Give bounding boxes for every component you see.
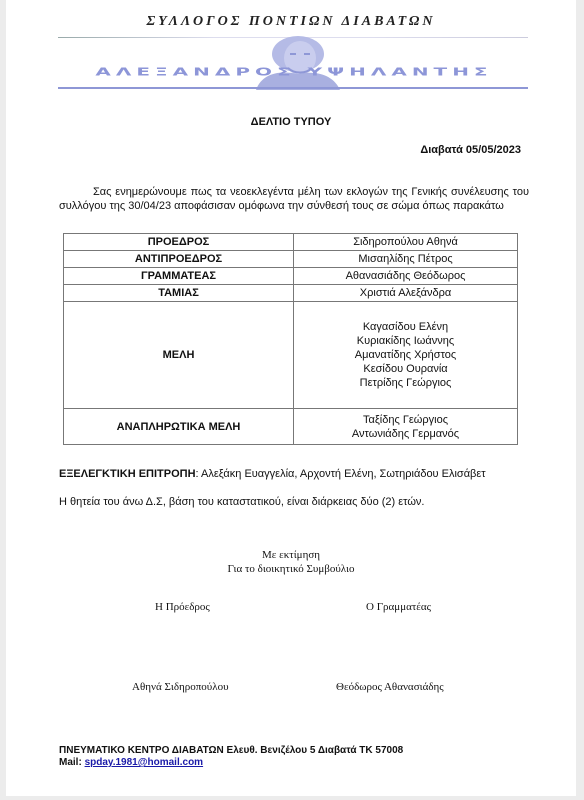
board-role: ΑΝΤΙΠΡΟΕΔΡΟΣ <box>64 251 294 268</box>
board-names: Σιδηροπούλου Αθηνά <box>294 234 518 251</box>
signature-role-president: Η Πρόεδρος <box>155 601 210 613</box>
board-member-name: Ταξίδης Γεώργιος <box>294 413 517 427</box>
signature-name-president: Αθηνά Σιδηροπούλου <box>132 681 229 693</box>
board-row: ΑΝΤΙΠΡΟΕΔΡΟΣΜισαηλίδης Πέτρος <box>64 251 518 268</box>
board-table: ΠΡΟΕΔΡΟΣΣιδηροπούλου ΑθηνάΑΝΤΙΠΡΟΕΔΡΟΣΜι… <box>63 233 518 445</box>
board-role: ΑΝΑΠΛΗΡΩΤΙΚΑ ΜΕΛΗ <box>64 409 294 445</box>
email-link[interactable]: spday.1981@homail.com <box>85 757 204 768</box>
document-heading: ΔΕΛΤΙΟ ΤΥΠΟΥ <box>6 116 576 128</box>
signature-name-secretary: Θεόδωρος Αθανασιάδης <box>336 681 444 693</box>
board-member-name: Κεσίδου Ουρανία <box>294 362 517 376</box>
footer: ΠΝΕΥΜΑΤΙΚΟ ΚΕΝΤΡΟ ΔΙΑΒΑΤΩΝ Ελευθ. Βενιζέ… <box>59 745 403 769</box>
document-date: Διαβατά 05/05/2023 <box>420 144 521 156</box>
board-role: ΤΑΜΙΑΣ <box>64 285 294 302</box>
board-member-name: Χριστιά Αλεξάνδρα <box>294 286 517 300</box>
portrait-icon <box>242 34 352 90</box>
board-member-name: Αντωνιάδης Γερμανός <box>294 427 517 441</box>
board-member-name: Αμανατίδης Χρήστος <box>294 348 517 362</box>
board-names: Μισαηλίδης Πέτρος <box>294 251 518 268</box>
board-member-name: Μισαηλίδης Πέτρος <box>294 252 517 266</box>
board-row: ΓΡΑΜΜΑΤΕΑΣΑθανασιάδης Θεόδωρος <box>64 268 518 285</box>
banner-underline <box>58 87 528 89</box>
board-row: ΤΑΜΙΑΣΧριστιά Αλεξάνδρα <box>64 285 518 302</box>
banner-name: ΑΛΕΞΑΝΔΡΟΣ ΥΨΗΛΑΝΤΗΣ <box>60 65 528 78</box>
document-page: ΣΥΛΛΟΓΟΣ ΠΟΝΤΙΩΝ ΔΙΑΒΑΤΩΝ ΑΛΕΞΑΝΔΡΟΣ ΥΨΗ… <box>6 0 576 796</box>
audit-committee-label: ΕΞΕΛΕΓΚΤΙΚΗ ΕΠΙΤΡΟΠΗ <box>59 468 196 480</box>
organization-title: ΣΥΛΛΟΓΟΣ ΠΟΝΤΙΩΝ ΔΙΑΒΑΤΩΝ <box>6 14 576 30</box>
footer-mail-line: Mail: spday.1981@homail.com <box>59 757 403 769</box>
board-member-name: Κυριακίδης Ιωάννης <box>294 334 517 348</box>
board-row: ΠΡΟΕΔΡΟΣΣιδηροπούλου Αθηνά <box>64 234 518 251</box>
board-member-name: Καγασίδου Ελένη <box>294 320 517 334</box>
closing-line-2: Για το διοικητικό Συμβούλιο <box>6 562 576 576</box>
board-role: ΓΡΑΜΜΑΤΕΑΣ <box>64 268 294 285</box>
footer-address: ΠΝΕΥΜΑΤΙΚΟ ΚΕΝΤΡΟ ΔΙΑΒΑΤΩΝ Ελευθ. Βενιζέ… <box>59 745 403 757</box>
board-names: Καγασίδου ΕλένηΚυριακίδης ΙωάννηςΑμανατί… <box>294 302 518 409</box>
signature-role-secretary: Ο Γραμματέας <box>366 601 431 613</box>
board-role: ΠΡΟΕΔΡΟΣ <box>64 234 294 251</box>
board-row: ΑΝΑΠΛΗΡΩΤΙΚΑ ΜΕΛΗΤαξίδης ΓεώργιοςΑντωνιά… <box>64 409 518 445</box>
footer-mail-label: Mail: <box>59 757 85 768</box>
board-names: Χριστιά Αλεξάνδρα <box>294 285 518 302</box>
board-names: Ταξίδης ΓεώργιοςΑντωνιάδης Γερμανός <box>294 409 518 445</box>
board-row: ΜΕΛΗΚαγασίδου ΕλένηΚυριακίδης ΙωάννηςΑμα… <box>64 302 518 409</box>
intro-paragraph: Σας ενημερώνουμε πως τα νεοεκλεγέντα μέλ… <box>59 185 529 213</box>
audit-committee: ΕΞΕΛΕΓΚΤΙΚΗ ΕΠΙΤΡΟΠΗ: Αλεξάκη Ευαγγελία,… <box>59 468 486 480</box>
board-role: ΜΕΛΗ <box>64 302 294 409</box>
board-member-name: Πετρίδης Γεώργιος <box>294 376 517 390</box>
term-statement: Η θητεία του άνω Δ.Σ, βάση του καταστατι… <box>59 496 424 508</box>
audit-committee-members: : Αλεξάκη Ευαγγελία, Αρχοντή Ελένη, Σωτη… <box>196 468 486 480</box>
closing: Με εκτίμηση Για το διοικητικό Συμβούλιο <box>6 548 576 576</box>
board-member-name: Σιδηροπούλου Αθηνά <box>294 235 517 249</box>
board-member-name: Αθανασιάδης Θεόδωρος <box>294 269 517 283</box>
closing-line-1: Με εκτίμηση <box>6 548 576 562</box>
board-names: Αθανασιάδης Θεόδωρος <box>294 268 518 285</box>
